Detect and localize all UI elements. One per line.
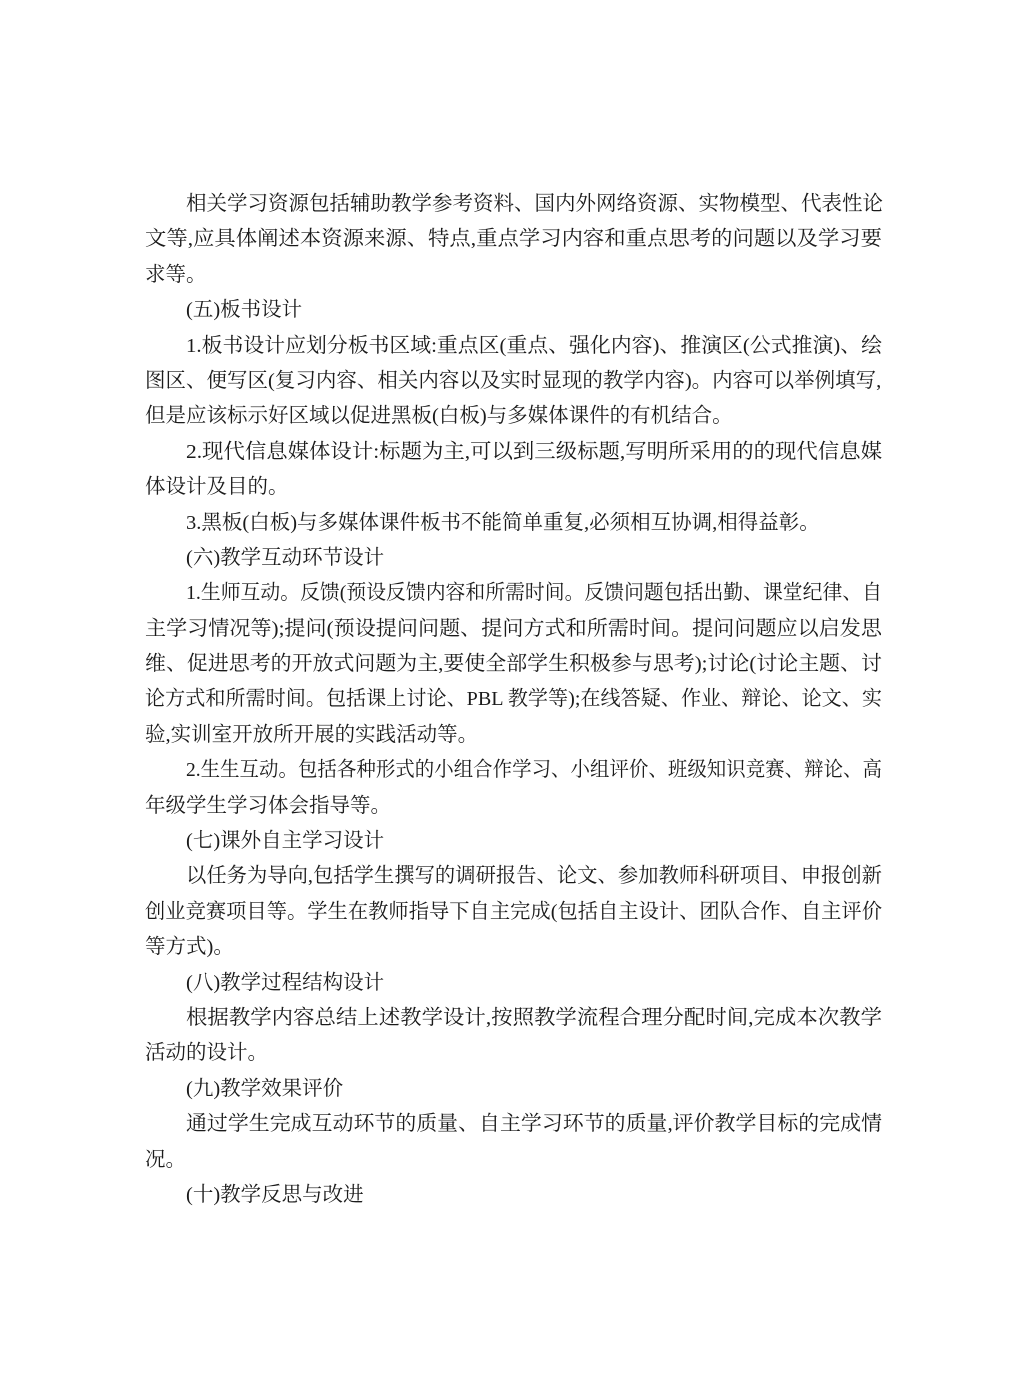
text-line-content: 验,实训室开放所开展的实践活动等。 <box>145 718 478 753</box>
text-line-content: 体设计及目的。 <box>145 470 289 505</box>
text-line-content: 创业竞赛项目等。学生在教师指导下自主完成(包括自主设计、团队合作、自主评价 <box>145 895 882 930</box>
text-line: (九)教学效果评价 <box>145 1072 882 1107</box>
text-line-content: 维、促进思考的开放式问题为主,要使全部学生积极参与思考);讨论(讨论主题、讨 <box>145 647 882 682</box>
text-line-content: 论方式和所需时间。包括课上讨论、PBL 教学等);在线答疑、作业、辩论、论文、实 <box>145 682 882 717</box>
text-line-content: (八)教学过程结构设计 <box>186 966 384 1001</box>
text-line: 但是应该标示好区域以促进黑板(白板)与多媒体课件的有机结合。 <box>145 399 882 434</box>
text-line-content: (九)教学效果评价 <box>186 1072 343 1107</box>
text-line-content: 况。 <box>145 1143 186 1178</box>
text-line: 主学习情况等);提问(预设提问问题、提问方式和所需时间。提问问题应以启发思 <box>145 612 882 647</box>
text-line: 1.板书设计应划分板书区域:重点区(重点、强化内容)、推演区(公式推演)、绘 <box>145 329 882 364</box>
text-line: 2.生生互动。包括各种形式的小组合作学习、小组评价、班级知识竞赛、辩论、高 <box>145 753 882 788</box>
text-line: 创业竞赛项目等。学生在教师指导下自主完成(包括自主设计、团队合作、自主评价 <box>145 895 882 930</box>
text-line-content: 2.生生互动。包括各种形式的小组合作学习、小组评价、班级知识竞赛、辩论、高 <box>186 753 882 788</box>
text-line-content: 以任务为导向,包括学生撰写的调研报告、论文、参加教师科研项目、申报创新 <box>186 859 882 894</box>
text-line-content: 3.黑板(白板)与多媒体课件板书不能简单重复,必须相互协调,相得益彰。 <box>186 506 820 541</box>
text-line: 验,实训室开放所开展的实践活动等。 <box>145 718 882 753</box>
text-line: (七)课外自主学习设计 <box>145 824 882 859</box>
text-line-content: 但是应该标示好区域以促进黑板(白板)与多媒体课件的有机结合。 <box>145 399 733 434</box>
text-line: 3.黑板(白板)与多媒体课件板书不能简单重复,必须相互协调,相得益彰。 <box>145 506 882 541</box>
text-line: 文等,应具体阐述本资源来源、特点,重点学习内容和重点思考的问题以及学习要 <box>145 222 882 257</box>
text-line: (五)板书设计 <box>145 293 882 328</box>
text-line: 论方式和所需时间。包括课上讨论、PBL 教学等);在线答疑、作业、辩论、论文、实 <box>145 682 882 717</box>
page-text-block: 相关学习资源包括辅助教学参考资料、国内外网络资源、实物模型、代表性论文等,应具体… <box>145 187 882 1213</box>
text-line: 相关学习资源包括辅助教学参考资料、国内外网络资源、实物模型、代表性论 <box>145 187 882 222</box>
text-line: 等方式)。 <box>145 930 882 965</box>
text-line-content: 1.生师互动。反馈(预设反馈内容和所需时间。反馈问题包括出勤、课堂纪律、自 <box>186 576 882 611</box>
text-line-content: (十)教学反思与改进 <box>186 1178 364 1213</box>
text-line: 以任务为导向,包括学生撰写的调研报告、论文、参加教师科研项目、申报创新 <box>145 859 882 894</box>
text-line: 年级学生学习体会指导等。 <box>145 789 882 824</box>
text-line-content: 相关学习资源包括辅助教学参考资料、国内外网络资源、实物模型、代表性论 <box>186 187 883 222</box>
text-line-content: 图区、便写区(复习内容、相关内容以及实时显现的教学内容)。内容可以举例填写, <box>145 364 881 399</box>
book-page: 相关学习资源包括辅助教学参考资料、国内外网络资源、实物模型、代表性论文等,应具体… <box>0 0 1024 1379</box>
text-line: 体设计及目的。 <box>145 470 882 505</box>
text-line-content: 活动的设计。 <box>145 1036 268 1071</box>
text-line-content: 主学习情况等);提问(预设提问问题、提问方式和所需时间。提问问题应以启发思 <box>145 612 882 647</box>
text-line: 维、促进思考的开放式问题为主,要使全部学生积极参与思考);讨论(讨论主题、讨 <box>145 647 882 682</box>
text-line-content: (六)教学互动环节设计 <box>186 541 384 576</box>
text-line-content: 2.现代信息媒体设计:标题为主,可以到三级标题,写明所采用的的现代信息媒 <box>186 435 882 470</box>
text-line: (六)教学互动环节设计 <box>145 541 882 576</box>
text-line-content: 根据教学内容总结上述教学设计,按照教学流程合理分配时间,完成本次教学 <box>186 1001 882 1036</box>
text-line: (十)教学反思与改进 <box>145 1178 882 1213</box>
text-line: 况。 <box>145 1143 882 1178</box>
text-line-content: 通过学生完成互动环节的质量、自主学习环节的质量,评价教学目标的完成情 <box>186 1107 882 1142</box>
text-line: (八)教学过程结构设计 <box>145 966 882 1001</box>
text-line-content: (七)课外自主学习设计 <box>186 824 384 859</box>
text-line-content: 1.板书设计应划分板书区域:重点区(重点、强化内容)、推演区(公式推演)、绘 <box>186 329 882 364</box>
text-line-content: 文等,应具体阐述本资源来源、特点,重点学习内容和重点思考的问题以及学习要 <box>145 222 882 257</box>
text-line: 根据教学内容总结上述教学设计,按照教学流程合理分配时间,完成本次教学 <box>145 1001 882 1036</box>
text-line: 活动的设计。 <box>145 1036 882 1071</box>
text-line: 图区、便写区(复习内容、相关内容以及实时显现的教学内容)。内容可以举例填写, <box>145 364 882 399</box>
text-line-content: (五)板书设计 <box>186 293 302 328</box>
text-line: 通过学生完成互动环节的质量、自主学习环节的质量,评价教学目标的完成情 <box>145 1107 882 1142</box>
text-line-content: 求等。 <box>145 258 207 293</box>
text-line: 求等。 <box>145 258 882 293</box>
text-line: 2.现代信息媒体设计:标题为主,可以到三级标题,写明所采用的的现代信息媒 <box>145 435 882 470</box>
text-line: 1.生师互动。反馈(预设反馈内容和所需时间。反馈问题包括出勤、课堂纪律、自 <box>145 576 882 611</box>
text-line-content: 年级学生学习体会指导等。 <box>145 789 391 824</box>
text-line-content: 等方式)。 <box>145 930 234 965</box>
